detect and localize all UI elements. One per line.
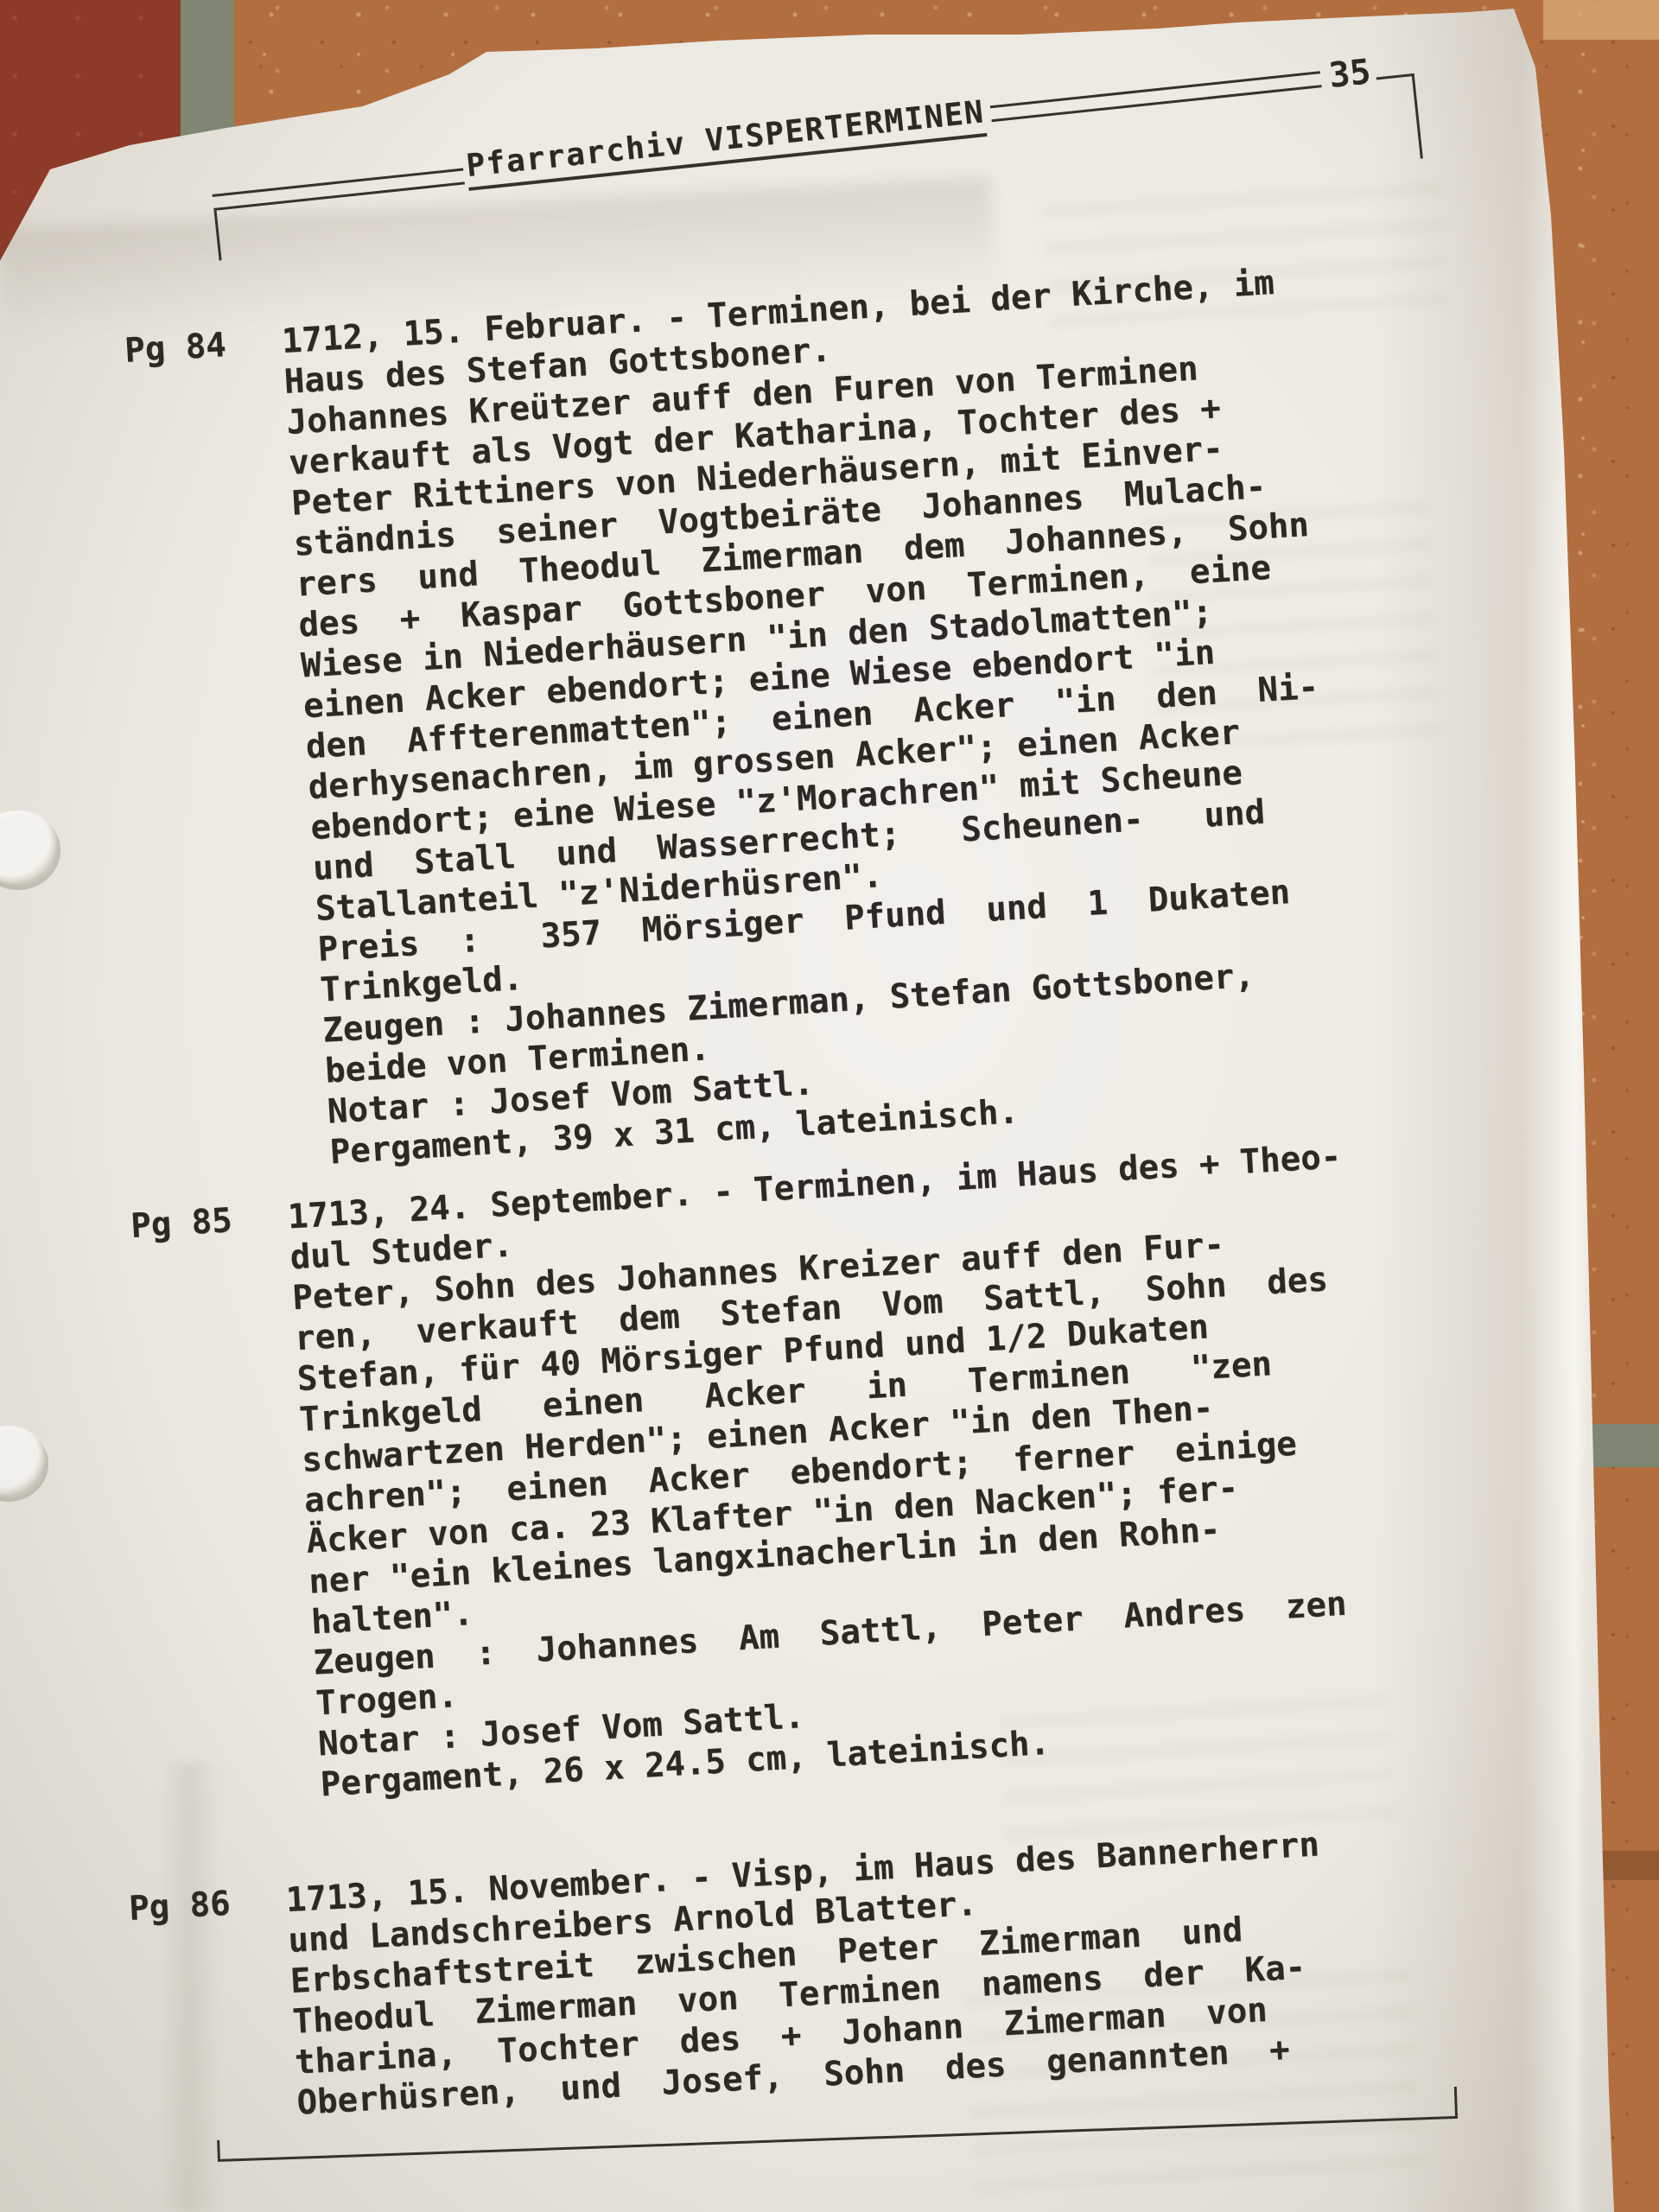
typewritten-content: Pfarrarchiv VISPERTERMINEN 35 Pg 84 1712… [0,0,1659,2212]
entry-label: Pg 84 [124,325,227,372]
entry-body: 1712, 15. Februar. - Terminen, bei der K… [281,262,1344,1173]
entry-label: Pg 86 [128,1884,232,1929]
header-double-rule-right [990,71,1322,122]
archive-title: Pfarrarchiv VISPERTERMINEN [465,93,987,191]
header-double-rule-left [213,168,465,210]
footer-line [218,2116,1458,2162]
footer-tick-right [1454,2087,1458,2116]
page-header: Pfarrarchiv VISPERTERMINEN 35 [211,47,1470,218]
header-corner-bracket-left [214,211,222,261]
entry-label: Pg 85 [130,1200,233,1247]
header-corner-bracket-right-horizontal [1376,73,1414,80]
page-number: 35 [1327,54,1372,93]
entry-body: 1713, 24. September. - Terminen, im Haus… [287,1136,1376,1805]
footer-tick-left [217,2140,220,2159]
entry-body: 1713, 15. November. - Visp, im Haus des … [285,1824,1332,2123]
header-corner-bracket-right-vertical [1412,73,1423,159]
